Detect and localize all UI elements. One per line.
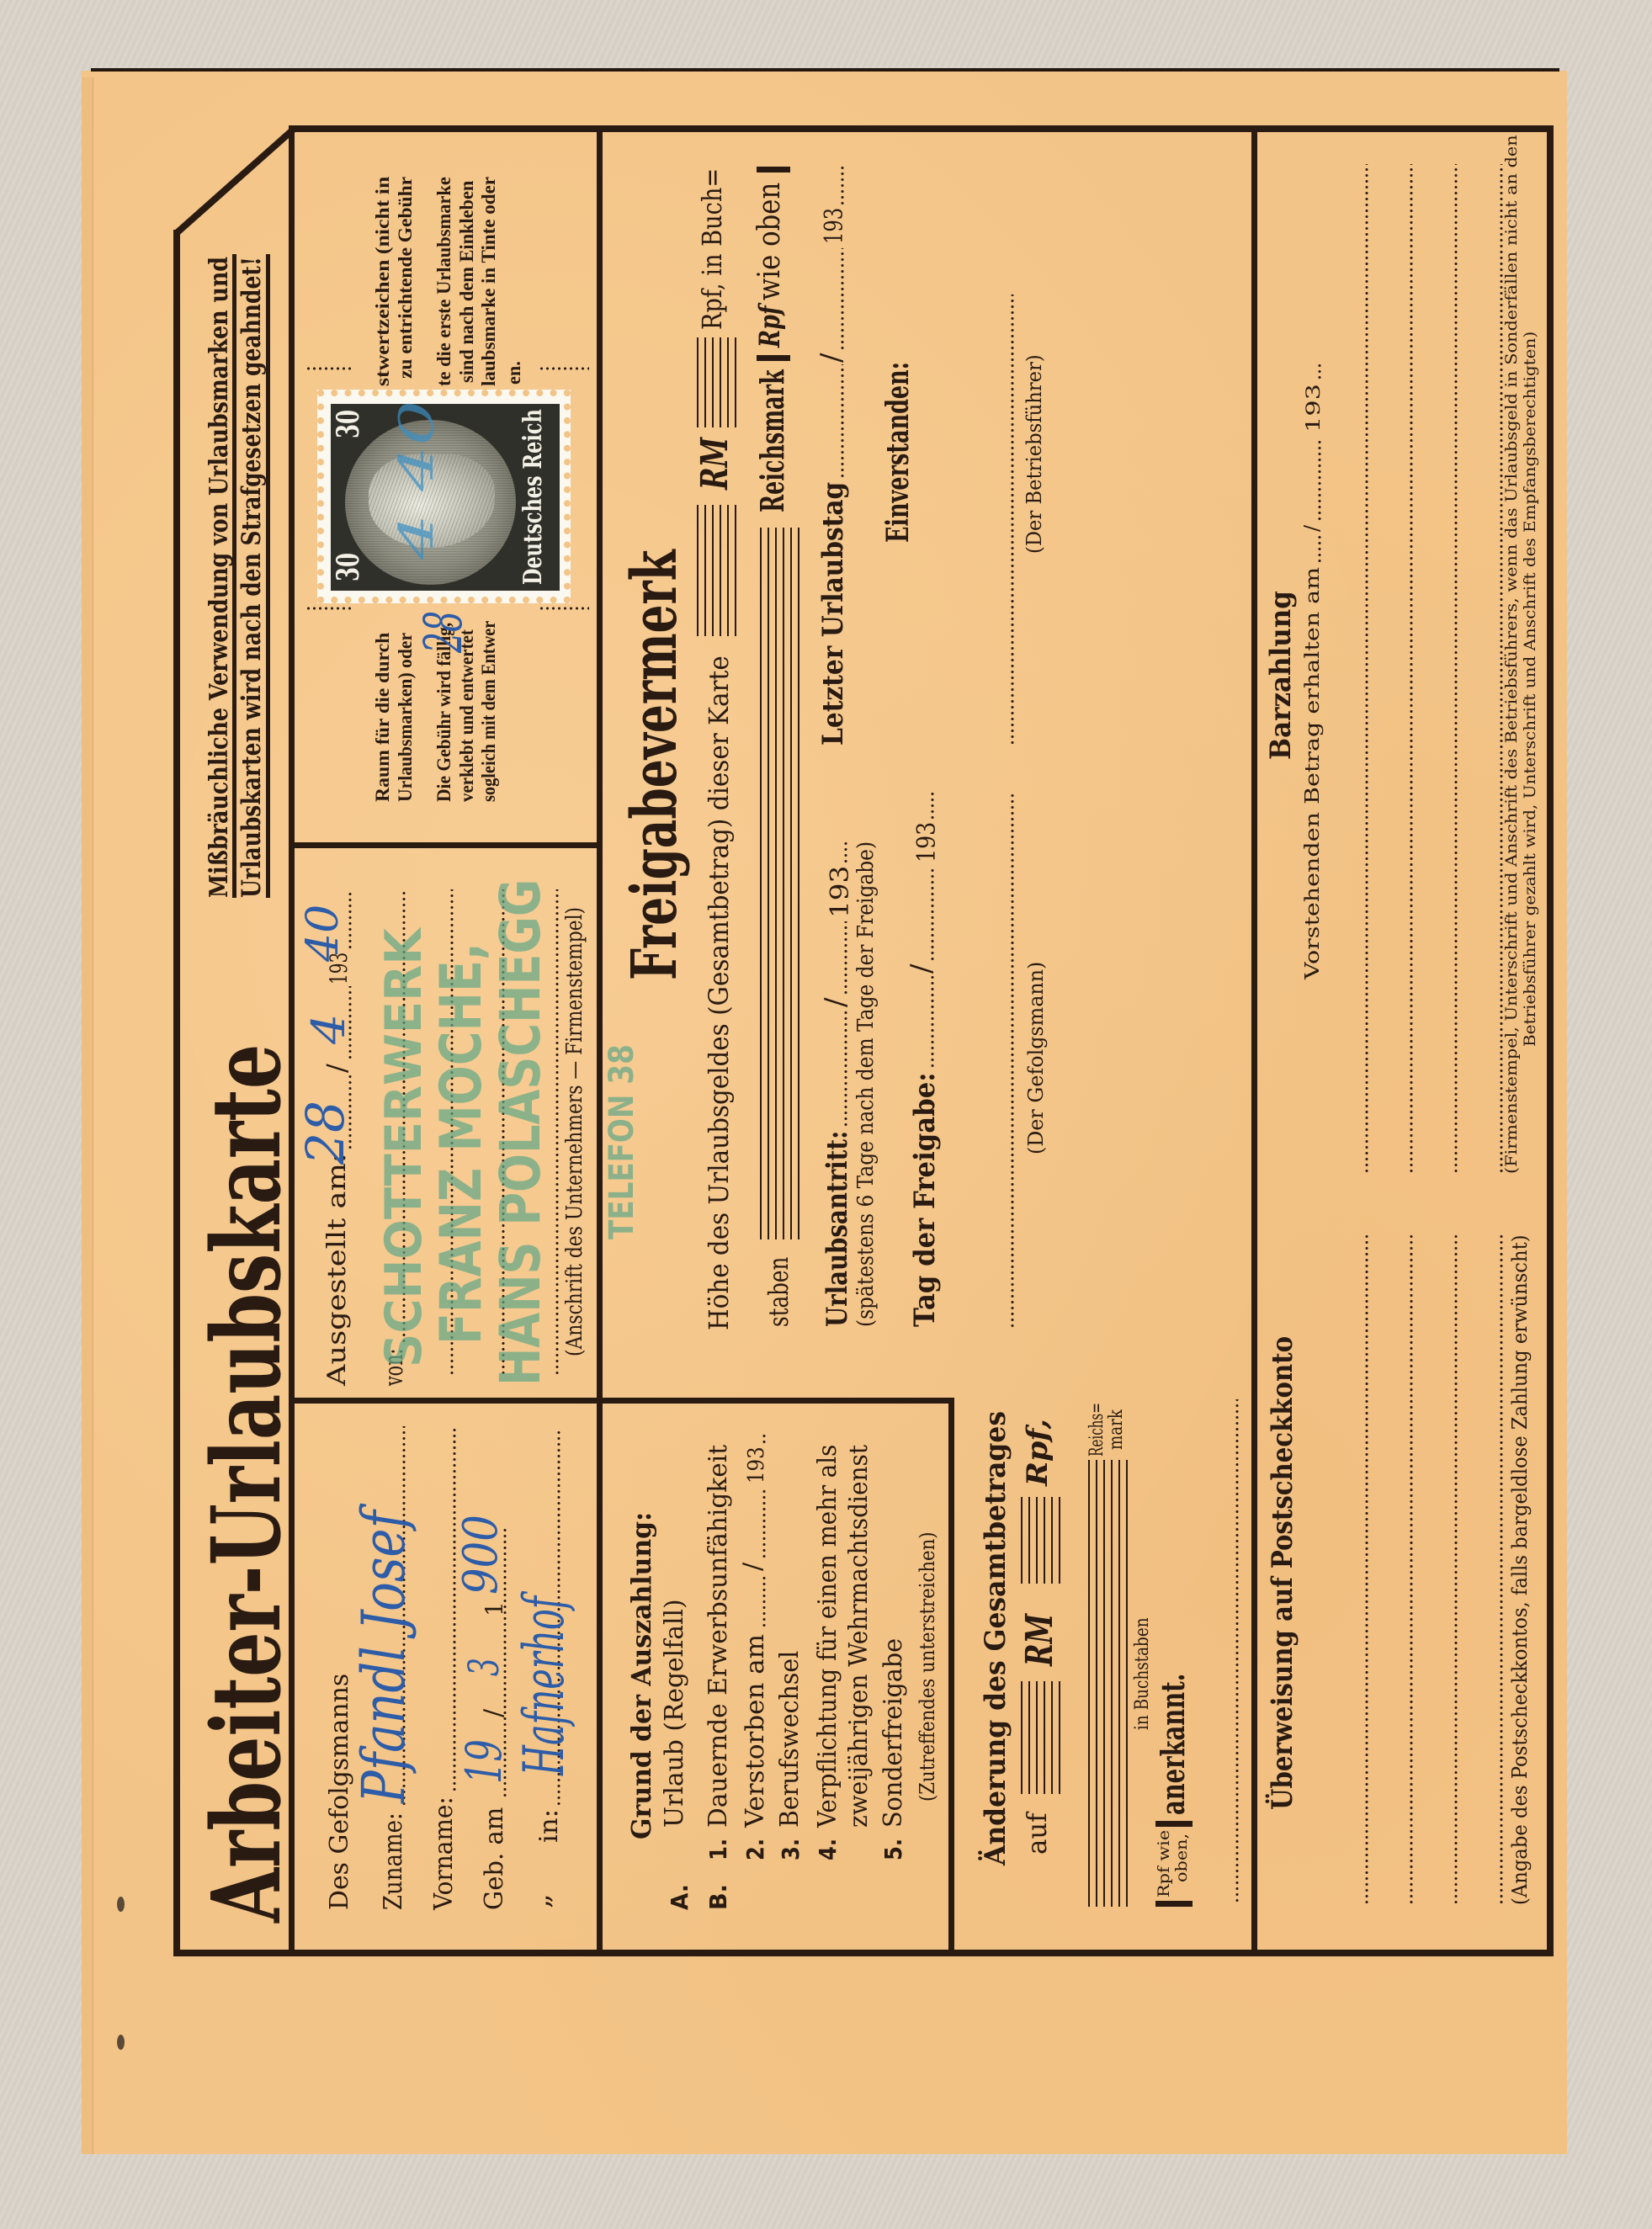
- transfer-line-2: [1410, 1234, 1413, 1905]
- birthdate-separator: /: [481, 1709, 507, 1717]
- amount-words-field: [760, 528, 799, 1239]
- last-day-label: Letzter Urlaubstag: [819, 482, 847, 746]
- reason-box-bottom: [948, 1398, 954, 1956]
- release-year-prefix: 193: [915, 822, 940, 862]
- release-heading: Freigabevermerk: [624, 549, 686, 980]
- stamp-cut-mark: [305, 367, 351, 370]
- reason-heading: Grund der Auszahlung:: [628, 1512, 655, 1839]
- cash-date-separator: /: [1302, 525, 1322, 532]
- stamp-cancel-over-stamp: 4 40: [394, 400, 441, 560]
- row-divider-lower: [1251, 125, 1257, 1956]
- death-date-dotted: [762, 1574, 766, 1628]
- reason-b-marker: B.: [707, 1884, 730, 1910]
- frame-bottom: [1547, 125, 1554, 1956]
- frame-top: [173, 230, 180, 1956]
- birthplace-label: in:: [537, 1809, 562, 1843]
- birth-day-handwritten: 19: [459, 1739, 508, 1784]
- firstname-label: Vorname:: [432, 1796, 457, 1910]
- issued-year-handwritten: 40: [301, 905, 345, 962]
- company-caption: (Anschrift des Unternehmers — Firmenstem…: [564, 907, 586, 1356]
- amount-text: Höhe des Urlaubsgeldes (Gesamtbetrag) di…: [705, 655, 732, 1330]
- birth-year-handwritten: 900: [458, 1515, 505, 1595]
- amount-rpf-in-words: Rpf, in Buch=: [699, 168, 725, 330]
- reason-item-4-text: Verpflichtung für einen mehr als: [815, 1445, 841, 1828]
- reason-a-text: Urlaub (Regelfall): [662, 1599, 688, 1828]
- change-rpf-field: [1021, 1497, 1060, 1584]
- start-year-prefix: 193: [828, 866, 853, 918]
- change-heading: Änderung des Gesamtbetrages: [981, 1411, 1010, 1865]
- warning-underline-1: [232, 254, 236, 898]
- reason-item-2-text: Verstorben am: [743, 1634, 768, 1828]
- reason-item-5-num: 5.: [882, 1839, 906, 1860]
- cash-day-dotted: [1318, 533, 1321, 564]
- last-day-separator: /: [817, 353, 846, 363]
- issued-label: Ausgestellt am:: [325, 1153, 350, 1386]
- warning-line-1: Mißbräuchliche Verwendung von Urlaubsmar…: [207, 257, 232, 898]
- amount-rpf-field: [697, 337, 736, 427]
- company-stamp-line-1: SCHOTTERWERK: [379, 928, 429, 1367]
- last-year-prefix: 193: [822, 208, 847, 244]
- cash-heading: Barzahlung: [1267, 591, 1295, 760]
- issued-month-handwritten: 4: [306, 1014, 352, 1044]
- birthplace-handwritten: Hafnerhof: [517, 1596, 572, 1775]
- stamp-cut-mark: [539, 367, 589, 370]
- company-dotted-line-4: [555, 889, 559, 1376]
- change-oben: oben,: [1174, 1834, 1190, 1882]
- change-bar-left: [1155, 1901, 1193, 1907]
- rpf-label: Rpf: [756, 305, 784, 348]
- rpf-bar-left: [757, 355, 790, 361]
- column-divider-employee: [291, 1398, 954, 1404]
- reason-item-1-num: 1.: [707, 1839, 730, 1860]
- start-year-dotted: [844, 839, 847, 864]
- reason-item-5-text: Sonderfreigabe: [881, 1638, 906, 1828]
- paper-underlying-edge: [82, 77, 93, 2154]
- death-year-prefix: 193: [746, 1446, 768, 1483]
- stamp-note-right-1: stwertzeichen (nicht in: [373, 177, 392, 386]
- frame-right: [289, 125, 1554, 132]
- punch-hole: [117, 2035, 125, 2050]
- change-bar-right: [1155, 1821, 1193, 1827]
- stamp-note-right-6: en.: [504, 361, 523, 385]
- vacation-card-form: Arbeiter-Urlaubskarte Mißbräuchliche Ver…: [173, 126, 1553, 1956]
- transfer-line-3: [1454, 1234, 1458, 1905]
- issued-day-handwritten: 28: [300, 1101, 352, 1165]
- issued-year-dotted: [348, 889, 352, 950]
- amount-words-cont: staben: [765, 1257, 792, 1327]
- stamp-note-right-5: laubsmarke in Tinte oder: [479, 177, 498, 386]
- stamp-note-right-2: zu entrichtende Gebühr: [396, 177, 415, 379]
- stamp-note-left-2: Urlaubsmarken) oder: [396, 633, 415, 802]
- manager-signature-caption: (Der Betriebsführer): [1024, 354, 1044, 554]
- postage-stamp-frame: 30 30 Deutsches Reich: [331, 404, 560, 591]
- cash-caption-line-1: (Firmenstempel, Unterschrift und Anschri…: [1504, 135, 1520, 1174]
- reason-note: (Zutreffendes unterstreichen): [917, 1531, 938, 1802]
- stamp-country: Deutsches Reich: [521, 409, 546, 585]
- transfer-heading: Überweisung auf Postscheckkonto: [1268, 1336, 1297, 1810]
- start-label: Urlaubsantritt:: [823, 1131, 852, 1327]
- start-date-separator: /: [821, 998, 850, 1007]
- start-month-dotted: [844, 921, 847, 995]
- manager-signature-line: [1011, 295, 1014, 746]
- last-year-dotted: [841, 166, 844, 206]
- stamp-cut-mark: [539, 607, 589, 610]
- employee-signature-line: [1011, 794, 1014, 1329]
- amount-rm-label: RM: [697, 438, 734, 490]
- change-mark-label: mark: [1108, 1409, 1126, 1450]
- release-month-dotted: [931, 866, 934, 962]
- agreed-label: Einverstanden:: [883, 362, 913, 543]
- change-rpf-wie: Rpf wie: [1156, 1830, 1172, 1897]
- transfer-line-1: [1365, 1234, 1368, 1905]
- amount-rm-field: [697, 505, 736, 636]
- reason-item-4-num: 4.: [816, 1839, 840, 1860]
- employee-signature-caption: (Der Gefolgsmann): [1026, 962, 1046, 1154]
- cash-line-3: [1454, 164, 1458, 1174]
- warning-line-2: Urlaubskarten wird nach den Strafgesetze…: [239, 257, 265, 898]
- release-day-dotted: [931, 976, 934, 1069]
- stamp-note-left-4: verklebt und entwertet: [457, 629, 476, 802]
- company-stamp-line-3: HANS POLASCHEGG: [493, 879, 549, 1386]
- paper-top-edge: [91, 68, 1559, 72]
- rpf-bar-right: [757, 167, 790, 172]
- surname-label: Zuname:: [381, 1812, 406, 1910]
- cash-caption-line-2: Betriebsführer gezahlt wird, Unterschrif…: [1522, 332, 1538, 1047]
- birthdate-label: Geb. am: [482, 1807, 507, 1910]
- firstname-dotted-line: [453, 1426, 456, 1792]
- cash-line-1: [1365, 164, 1368, 1174]
- row-divider-upper: [597, 125, 603, 1956]
- stamp-value-left: 30: [333, 553, 364, 581]
- reason-item-2-num: 2.: [744, 1839, 768, 1860]
- cash-received-text: Vorstehenden Betrag erhalten am: [1304, 567, 1323, 979]
- frame-corner-diagonal: [173, 125, 297, 236]
- stamp-note-left-1: Raum für die durch: [373, 633, 392, 802]
- change-rm-label: RM: [1022, 1614, 1059, 1666]
- surname-handwritten: Pfandl Josef: [354, 1510, 413, 1803]
- cash-year-dotted: [1318, 362, 1321, 380]
- change-rpf-label: Rpf,: [1023, 1419, 1052, 1486]
- reason-item-3-num: 3.: [779, 1839, 803, 1860]
- release-date-separator: /: [907, 964, 936, 974]
- release-year-dotted: [931, 790, 934, 820]
- issued-date-separator: /: [323, 1064, 350, 1073]
- last-day-dotted: [841, 364, 844, 479]
- birth-month-handwritten: 3: [463, 1658, 505, 1676]
- change-reichs-label: Reichs=: [1088, 1403, 1107, 1457]
- change-accepted: anerkannt.: [1157, 1674, 1189, 1815]
- cash-line-2: [1410, 164, 1413, 1174]
- death-month-dotted: [762, 1487, 766, 1559]
- stamp-note-left-5: sogleich mit dem Entwer: [479, 621, 498, 802]
- reason-item-4-text-2: zweijährigen Wehrmachtsdienst: [847, 1445, 872, 1828]
- release-day-label: Tag der Freigabe:: [911, 1072, 939, 1327]
- reason-item-3-text: Berufswechsel: [778, 1651, 803, 1828]
- transfer-caption: (Angabe des Postscheckkontos, falls barg…: [1510, 1234, 1530, 1905]
- change-in-words-caption: in Buchstaben: [1134, 1617, 1152, 1730]
- stamp-cancel-handwritten: 28: [417, 611, 470, 653]
- company-stamp-line-2: FRANZ MOCHE,: [433, 942, 491, 1345]
- last-month-dotted: [841, 248, 844, 351]
- reason-item-1-text: Dauernde Erwerbsunfähigkeit: [706, 1445, 731, 1828]
- form-title: Arbeiter-Urlaubskarte: [200, 1044, 295, 1923]
- cash-month-dotted: [1318, 438, 1321, 522]
- company-stamp-phone: TELEFON 38: [605, 1044, 639, 1239]
- reason-a-marker: A.: [668, 1884, 692, 1910]
- wie-oben-label: wie oben: [755, 183, 785, 300]
- change-signature-line: [1235, 1399, 1239, 1903]
- stamp-note-right-3: te die erste Urlaubsmarke: [434, 177, 454, 386]
- transfer-line-4: [1500, 1234, 1503, 1905]
- death-year-dotted: [762, 1433, 766, 1445]
- change-rm-field: [1021, 1681, 1060, 1794]
- column-divider-stamp: [291, 842, 601, 848]
- ditto-mark: „: [525, 1893, 554, 1908]
- reichsmark-label: Reichsmark: [757, 369, 789, 512]
- frame-left: [173, 1950, 1554, 1956]
- start-day-dotted: [844, 1010, 847, 1128]
- stamp-value-right: 30: [333, 410, 364, 438]
- stamp-cut-mark: [305, 607, 351, 610]
- start-note: (spätestens 6 Tage nach dem Tage der Fre…: [855, 841, 877, 1327]
- warning-underline-2: [266, 254, 270, 898]
- punch-hole: [117, 1897, 125, 1912]
- stamp-note-right-4: sind nach dem Einkleben: [457, 181, 476, 383]
- death-date-separator: /: [741, 1563, 766, 1571]
- change-on-label: auf: [1023, 1812, 1050, 1855]
- cash-year-prefix: 193: [1305, 384, 1324, 433]
- birthdate-century-digit: 1: [483, 1601, 507, 1616]
- change-words-field: [1088, 1460, 1128, 1907]
